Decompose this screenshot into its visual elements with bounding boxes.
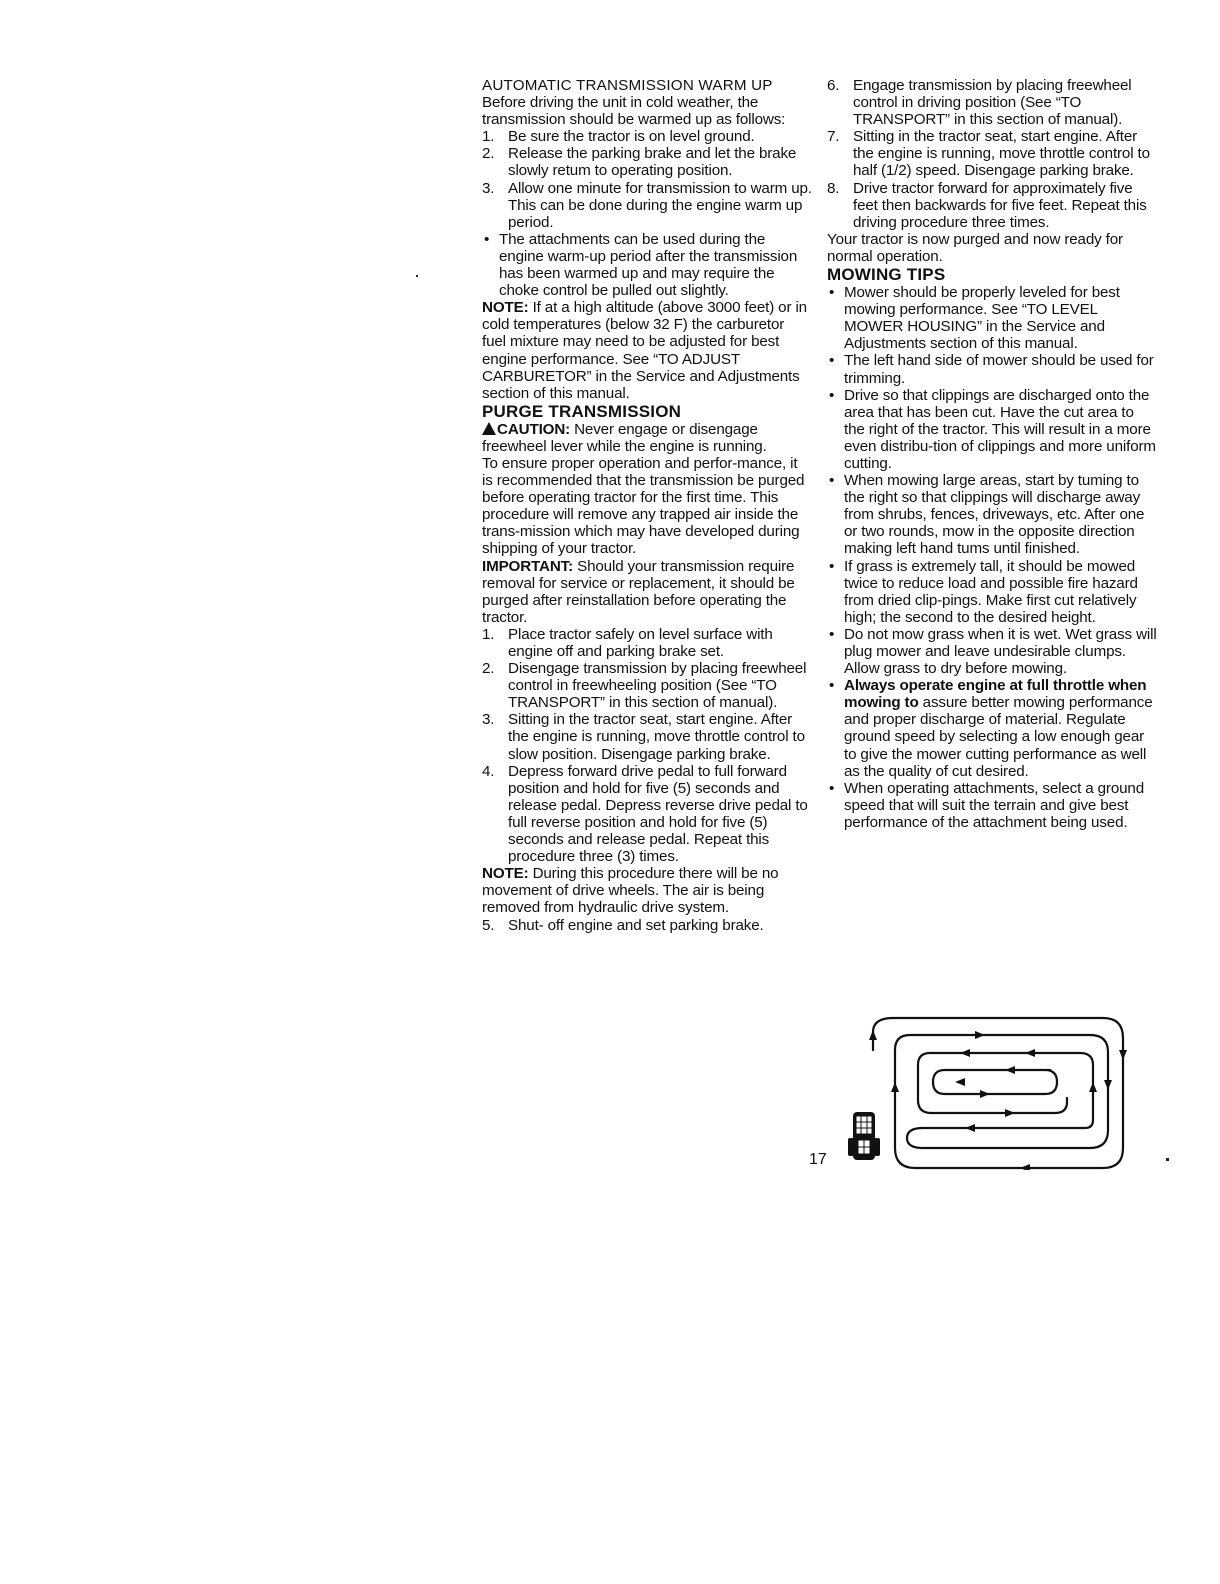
bullet-mark: • <box>829 626 834 643</box>
scan-speck <box>1166 1158 1169 1161</box>
step-text: Sitting in the tractor seat, start engin… <box>853 128 1150 179</box>
step-text: Depress forward drive pedal to full forw… <box>508 763 808 865</box>
purge-step: 4.Depress forward drive pedal to full fo… <box>482 763 812 866</box>
step-text: Drive tractor forward for approximately … <box>853 180 1147 231</box>
step-number: 5. <box>482 917 494 934</box>
purge-step: 6.Engage transmission by placing freewhe… <box>827 77 1157 128</box>
step-text: Disengage transmission by placing freewh… <box>508 660 806 711</box>
bullet-mark: • <box>829 558 834 575</box>
step-number: 2. <box>482 660 494 677</box>
warmup-step: 2.Release the parking brake and let the … <box>482 145 812 179</box>
page-number: 17 <box>809 1151 827 1169</box>
tip-text: Drive so that clippings are discharged o… <box>844 387 1156 472</box>
warmup-step: 3.Allow one minute for transmission to w… <box>482 180 812 231</box>
mowing-tips-heading: MOWING TIPS <box>827 265 1157 284</box>
warmup-bullet: •The attachments can be used during the … <box>482 231 812 299</box>
right-column: 6.Engage transmission by placing freewhe… <box>827 77 1157 831</box>
purge-step: 8.Drive tractor forward for approximatel… <box>827 180 1157 231</box>
purge-step: 5.Shut- off engine and set parking brake… <box>482 917 812 934</box>
tip-text: Mower should be properly leveled for bes… <box>844 284 1120 352</box>
step-number: 7. <box>827 128 839 145</box>
note-label: NOTE: <box>482 865 529 882</box>
mowing-tip: •The left hand side of mower should be u… <box>827 352 1157 386</box>
purge-intro: To ensure proper operation and perfor-ma… <box>482 455 812 558</box>
mowing-tip: •Mower should be properly leveled for be… <box>827 284 1157 352</box>
tip-text: When mowing large areas, start by tuming… <box>844 472 1144 557</box>
bullet-mark: • <box>829 472 834 489</box>
mowing-tip-throttle: •Always operate engine at full throttle … <box>827 677 1157 780</box>
mowing-tip: •If grass is extremely tall, it should b… <box>827 558 1157 626</box>
warning-triangle-icon <box>482 422 496 435</box>
mowing-tip: •Drive so that clippings are discharged … <box>827 387 1157 472</box>
step-text: Engage transmission by placing freewheel… <box>853 77 1132 128</box>
mowing-tip-attachments: •When operating attachments, select a gr… <box>827 780 1157 831</box>
step-text: Place tractor safely on level surface wi… <box>508 626 773 660</box>
tip-text: If grass is extremely tall, it should be… <box>844 558 1138 626</box>
scan-speck <box>416 275 418 277</box>
bullet-mark: • <box>829 352 834 369</box>
purge-heading: PURGE TRANSMISSION <box>482 402 812 421</box>
step-text: Sitting in the tractor seat, start engin… <box>508 711 805 762</box>
mowing-tip: •Do not mow grass when it is wet. Wet gr… <box>827 626 1157 677</box>
tip-text: The left hand side of mower should be us… <box>844 352 1154 386</box>
bullet-mark: • <box>829 284 834 301</box>
step-number: 8. <box>827 180 839 197</box>
bullet-mark: • <box>484 231 489 248</box>
tractor-icon <box>848 1112 880 1160</box>
step-number: 2. <box>482 145 494 162</box>
step-number: 4. <box>482 763 494 780</box>
step-text: Be sure the tractor is on level ground. <box>508 128 755 145</box>
caution-label: CAUTION: <box>497 421 570 438</box>
step-text: Shut- off engine and set parking brake. <box>508 917 764 934</box>
bullet-text: The attachments can be used during the e… <box>499 231 797 299</box>
bullet-mark: • <box>829 677 834 694</box>
step-number: 3. <box>482 180 494 197</box>
step-text: Release the parking brake and let the br… <box>508 145 796 179</box>
purge-step: 7.Sitting in the tractor seat, start eng… <box>827 128 1157 179</box>
caution-paragraph: CAUTION: Never engage or disengage freew… <box>482 421 812 455</box>
step-number: 6. <box>827 77 839 94</box>
step-number: 1. <box>482 626 494 643</box>
important-paragraph: IMPORTANT: Should your transmission requ… <box>482 558 812 626</box>
warmup-note: NOTE: If at a high altitude (above 3000 … <box>482 299 812 402</box>
note-label: NOTE: <box>482 299 529 316</box>
important-label: IMPORTANT: <box>482 558 573 575</box>
bullet-mark: • <box>829 780 834 797</box>
purge-step: 3.Sitting in the tractor seat, start eng… <box>482 711 812 762</box>
purge-step: 1.Place tractor safely on level surface … <box>482 626 812 660</box>
step-text: Allow one minute for transmission to war… <box>508 180 812 231</box>
tip-text: When operating attachments, select a gro… <box>844 780 1144 831</box>
warmup-step: 1.Be sure the tractor is on level ground… <box>482 128 812 145</box>
purge-note: NOTE: During this procedure there will b… <box>482 865 812 916</box>
warmup-heading: AUTOMATIC TRANSMISSION WARM UP <box>482 77 812 94</box>
tip-text: Do not mow grass when it is wet. Wet gra… <box>844 626 1157 677</box>
warmup-intro: Before driving the unit in cold weather,… <box>482 94 812 128</box>
mowing-tip: •When mowing large areas, start by tumin… <box>827 472 1157 557</box>
mowing-pattern-diagram <box>845 1010 1135 1170</box>
step-number: 3. <box>482 711 494 728</box>
bullet-mark: • <box>829 387 834 404</box>
purge-complete-text: Your tractor is now purged and now ready… <box>827 231 1157 265</box>
step-number: 1. <box>482 128 494 145</box>
note-text: If at a high altitude (above 3000 feet) … <box>482 299 807 401</box>
left-column: AUTOMATIC TRANSMISSION WARM UP Before dr… <box>482 77 812 934</box>
purge-step: 2.Disengage transmission by placing free… <box>482 660 812 711</box>
